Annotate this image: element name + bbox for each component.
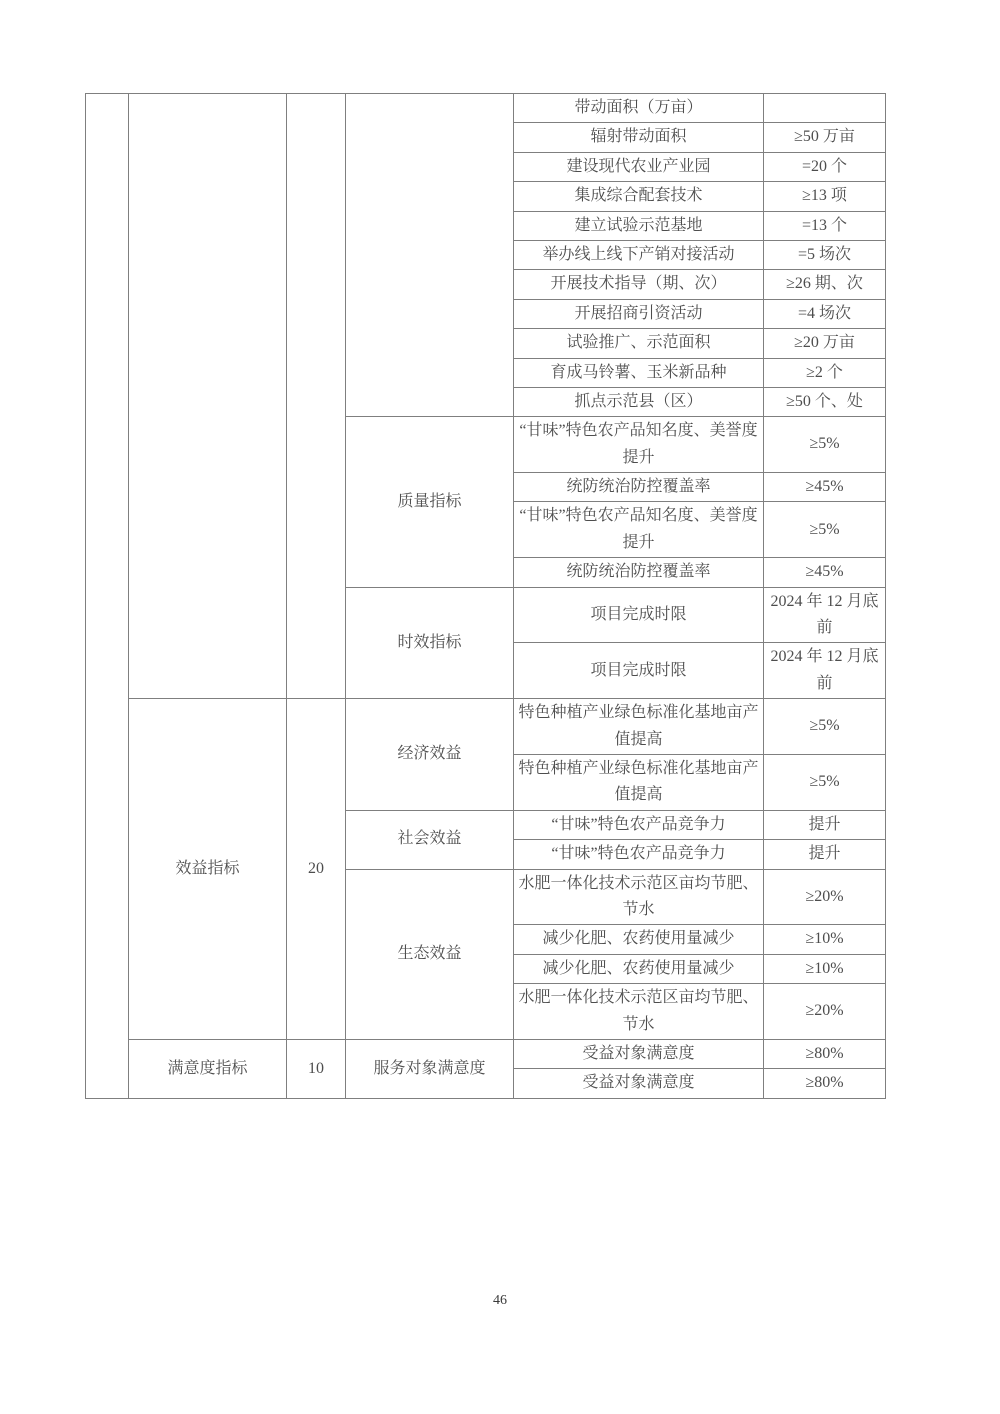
score-cell-satisfaction: 10 xyxy=(287,1039,346,1098)
level1-category-cell-benefit: 效益指标 xyxy=(129,699,287,1040)
level2-category-cell-quality: 质量指标 xyxy=(346,417,514,587)
value-cell: =13 个 xyxy=(764,211,886,240)
level1-category-cell xyxy=(129,94,287,699)
indicator-cell: 特色种植产业绿色标准化基地亩产值提高 xyxy=(514,754,764,810)
indicator-cell: 开展技术指导（期、次） xyxy=(514,270,764,299)
performance-indicator-table: 带动面积（万亩） 辐射带动面积 ≥50 万亩 建设现代农业产业园 =20 个 集… xyxy=(85,93,886,1099)
value-cell: ≥80% xyxy=(764,1039,886,1068)
table-row: 带动面积（万亩） xyxy=(86,94,886,123)
indicator-cell: 水肥一体化技术示范区亩均节肥、节水 xyxy=(514,984,764,1040)
indicator-cell: 开展招商引资活动 xyxy=(514,299,764,328)
value-cell: ≥5% xyxy=(764,417,886,473)
table-row: 效益指标 20 经济效益 特色种植产业绿色标准化基地亩产值提高 ≥5% xyxy=(86,699,886,755)
indicator-cell: 建立试验示范基地 xyxy=(514,211,764,240)
page-number: 46 xyxy=(0,1293,1000,1309)
value-cell xyxy=(764,94,886,123)
level2-category-cell-timeliness: 时效指标 xyxy=(346,587,514,699)
indicator-cell: 特色种植产业绿色标准化基地亩产值提高 xyxy=(514,699,764,755)
value-cell: =20 个 xyxy=(764,152,886,181)
indicator-cell: 试验推广、示范面积 xyxy=(514,329,764,358)
indicator-cell: 统防统治防控覆盖率 xyxy=(514,558,764,587)
indicator-table-container: 带动面积（万亩） 辐射带动面积 ≥50 万亩 建设现代农业产业园 =20 个 集… xyxy=(85,93,886,1099)
value-cell: 2024 年 12 月底前 xyxy=(764,643,886,699)
table-row: 满意度指标 10 服务对象满意度 受益对象满意度 ≥80% xyxy=(86,1039,886,1068)
indicator-cell: 受益对象满意度 xyxy=(514,1069,764,1098)
indicator-cell: 辐射带动面积 xyxy=(514,123,764,152)
indicator-cell: 统防统治防控覆盖率 xyxy=(514,473,764,502)
value-cell: ≥45% xyxy=(764,558,886,587)
indicator-cell: 育成马铃薯、玉米新品种 xyxy=(514,358,764,387)
value-cell: ≥20 万亩 xyxy=(764,329,886,358)
level2-category-cell xyxy=(346,94,514,417)
value-cell: ≥5% xyxy=(764,502,886,558)
value-cell: ≥50 个、处 xyxy=(764,387,886,416)
indicator-cell: 建设现代农业产业园 xyxy=(514,152,764,181)
document-page: 带动面积（万亩） 辐射带动面积 ≥50 万亩 建设现代农业产业园 =20 个 集… xyxy=(0,0,1000,1414)
value-cell: ≥26 期、次 xyxy=(764,270,886,299)
indicator-cell: 抓点示范县（区） xyxy=(514,387,764,416)
indicator-cell: “甘味”特色农产品知名度、美誉度提升 xyxy=(514,502,764,558)
value-cell: ≥5% xyxy=(764,699,886,755)
indicator-cell: 项目完成时限 xyxy=(514,643,764,699)
value-cell: ≥10% xyxy=(764,925,886,954)
value-cell: 提升 xyxy=(764,810,886,839)
indicator-cell: 受益对象满意度 xyxy=(514,1039,764,1068)
value-cell: ≥50 万亩 xyxy=(764,123,886,152)
level2-category-cell-ecological: 生态效益 xyxy=(346,869,514,1039)
value-cell: 2024 年 12 月底前 xyxy=(764,587,886,643)
value-cell: ≥80% xyxy=(764,1069,886,1098)
value-cell: ≥2 个 xyxy=(764,358,886,387)
value-cell: ≥20% xyxy=(764,984,886,1040)
level1-category-cell-satisfaction: 满意度指标 xyxy=(129,1039,287,1098)
indicator-cell: “甘味”特色农产品竞争力 xyxy=(514,810,764,839)
value-cell: ≥20% xyxy=(764,869,886,925)
indicator-cell: 项目完成时限 xyxy=(514,587,764,643)
value-cell: ≥10% xyxy=(764,954,886,983)
value-cell: =5 场次 xyxy=(764,240,886,269)
indicator-cell: 举办线上线下产销对接活动 xyxy=(514,240,764,269)
value-cell: ≥45% xyxy=(764,473,886,502)
indicator-cell: 带动面积（万亩） xyxy=(514,94,764,123)
indicator-cell: “甘味”特色农产品知名度、美誉度提升 xyxy=(514,417,764,473)
value-cell: 提升 xyxy=(764,840,886,869)
score-cell-benefit: 20 xyxy=(287,699,346,1040)
value-cell: ≥13 项 xyxy=(764,182,886,211)
indicator-cell: “甘味”特色农产品竞争力 xyxy=(514,840,764,869)
level2-category-cell-economic: 经济效益 xyxy=(346,699,514,811)
left-margin-cell xyxy=(86,94,129,1099)
level2-category-cell-social: 社会效益 xyxy=(346,810,514,869)
indicator-cell: 集成综合配套技术 xyxy=(514,182,764,211)
indicator-cell: 减少化肥、农药使用量减少 xyxy=(514,954,764,983)
level2-category-cell-service: 服务对象满意度 xyxy=(346,1039,514,1098)
value-cell: =4 场次 xyxy=(764,299,886,328)
indicator-cell: 减少化肥、农药使用量减少 xyxy=(514,925,764,954)
indicator-cell: 水肥一体化技术示范区亩均节肥、节水 xyxy=(514,869,764,925)
score-cell xyxy=(287,94,346,699)
value-cell: ≥5% xyxy=(764,754,886,810)
